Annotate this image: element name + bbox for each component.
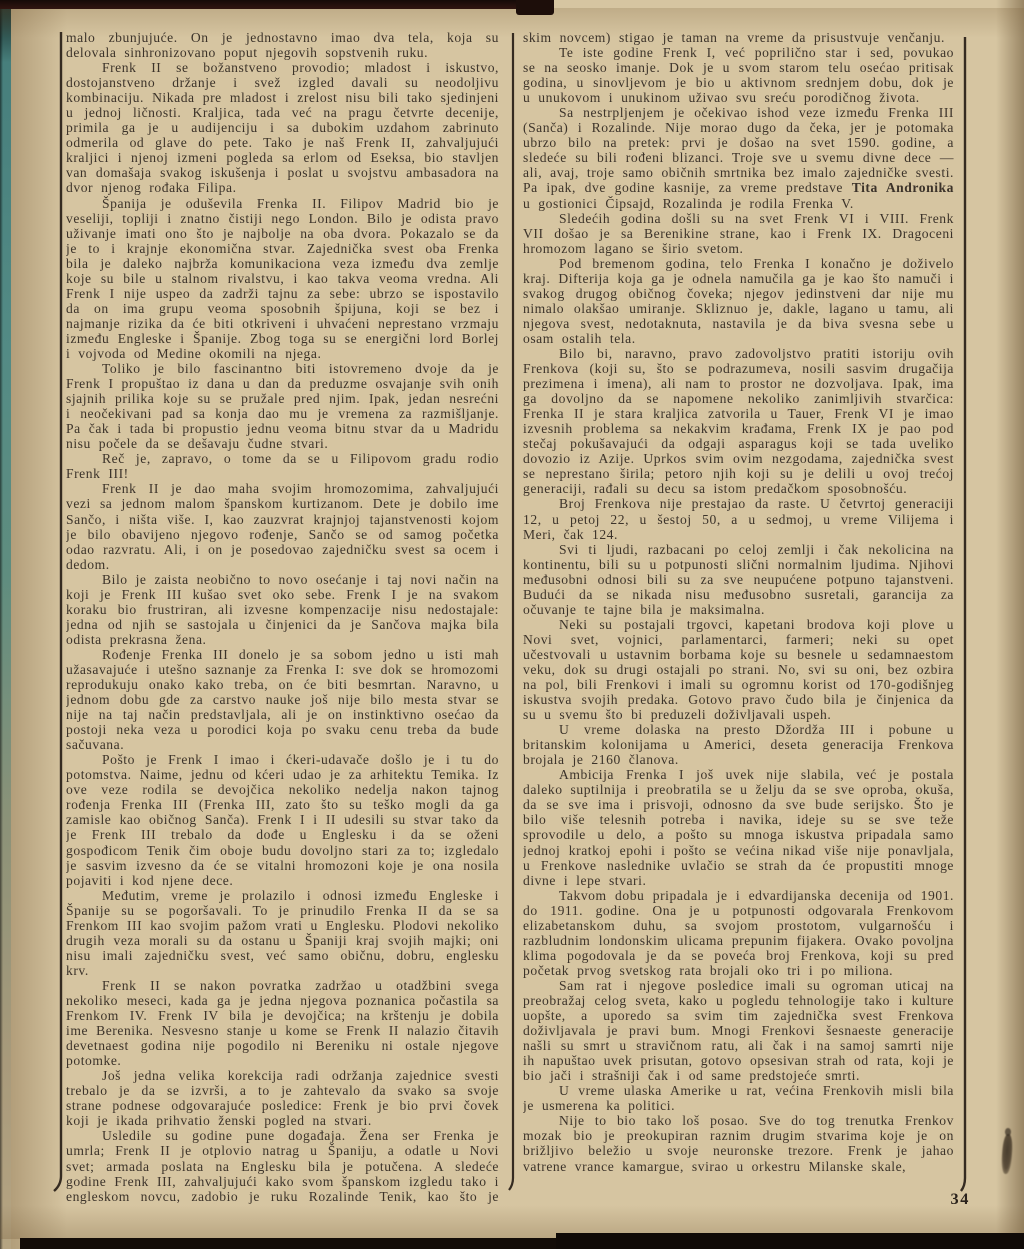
scan-bottom-bar-right (556, 1233, 1024, 1249)
magazine-page: malo zbunjujuće. On je jednostavno imao … (0, 0, 1024, 1249)
paragraph: Bilo je zaista neobično to novo osećanje… (66, 572, 499, 647)
paragraph: Takvom dobu pripadala je i edvardijanska… (523, 888, 954, 978)
ink-smudge-small (1005, 1128, 1011, 1136)
paragraph: Španija je oduševila Frenka II. Filipov … (66, 196, 499, 362)
paragraph: Neki su postajali trgovci, kapetani brod… (523, 617, 954, 722)
paragraph: Reč je, zapravo, o tome da se u Filipovo… (66, 451, 499, 481)
paragraph: Rođenje Frenka III donelo je sa sobom je… (66, 647, 499, 752)
paragraph: Pošto je Frenk I imao i ćkeri-udavače do… (66, 752, 499, 887)
left-column: malo zbunjujuće. On je jednostavno imao … (66, 30, 499, 1206)
paragraph: skim novcem) stigao je taman na vreme da… (523, 30, 954, 45)
paragraph: Ambicija Frenka I još uvek nije slabila,… (523, 767, 954, 887)
right-column-rule (957, 36, 973, 1198)
scan-top-bar-notch (516, 0, 554, 15)
paragraph: Te iste godine Frenk I, već poprilično s… (523, 45, 954, 105)
scan-top-bar (0, 0, 552, 9)
paragraph: Još jedna velika korekcija radi održanja… (66, 1068, 499, 1128)
ink-smudge (1001, 1134, 1014, 1175)
page-edge-shadow (996, 0, 1024, 1249)
paragraph: Sledećih godina došli su na svet Frenk V… (523, 211, 954, 256)
emphasized-title: Tita Andronika (852, 180, 954, 195)
paragraph: Toliko je bilo fascinantno biti istovrem… (66, 361, 499, 451)
paragraph: U vreme dolaska na presto Džordža III i … (523, 722, 954, 767)
paragraph: Pod bremenom godina, telo Frenka I konač… (523, 256, 954, 346)
paragraph: Svi ti ljudi, razbacani po celoj zemlji … (523, 542, 954, 617)
paragraph: Usledile su godine pune događaja. Žena s… (66, 1128, 499, 1206)
paragraph: Sa nestrpljenjem je očekivao ishod veze … (523, 105, 954, 210)
paragraph: Sam rat i njegove posledice imali su ogr… (523, 978, 954, 1083)
book-spine-edge (0, 0, 11, 1249)
paragraph: Bilo bi, naravno, pravo zadovoljstvo pra… (523, 346, 954, 496)
paragraph: Nije to bio tako loš posao. Sve do tog t… (523, 1113, 954, 1173)
middle-column-rule (506, 32, 520, 1196)
page-number: 34 (951, 1191, 970, 1209)
paragraph: Frenk II se nakon povratka zadržao u ota… (66, 978, 499, 1068)
paragraph: Frenk II se božanstveno provodio; mlados… (66, 60, 499, 195)
paragraph: U vreme ulaska Amerike u rat, većina Fre… (523, 1083, 954, 1113)
paragraph: Međutim, vreme je prolazilo i odnosi izm… (66, 888, 499, 978)
paragraph: malo zbunjujuće. On je jednostavno imao … (66, 30, 499, 60)
paragraph: Broj Frenkova nije prestajao da raste. U… (523, 496, 954, 541)
gutter-shadow (11, 0, 67, 1249)
right-column: skim novcem) stigao je taman na vreme da… (523, 30, 954, 1206)
paragraph: Frenk II je dao maha svojim hromozomima,… (66, 481, 499, 571)
